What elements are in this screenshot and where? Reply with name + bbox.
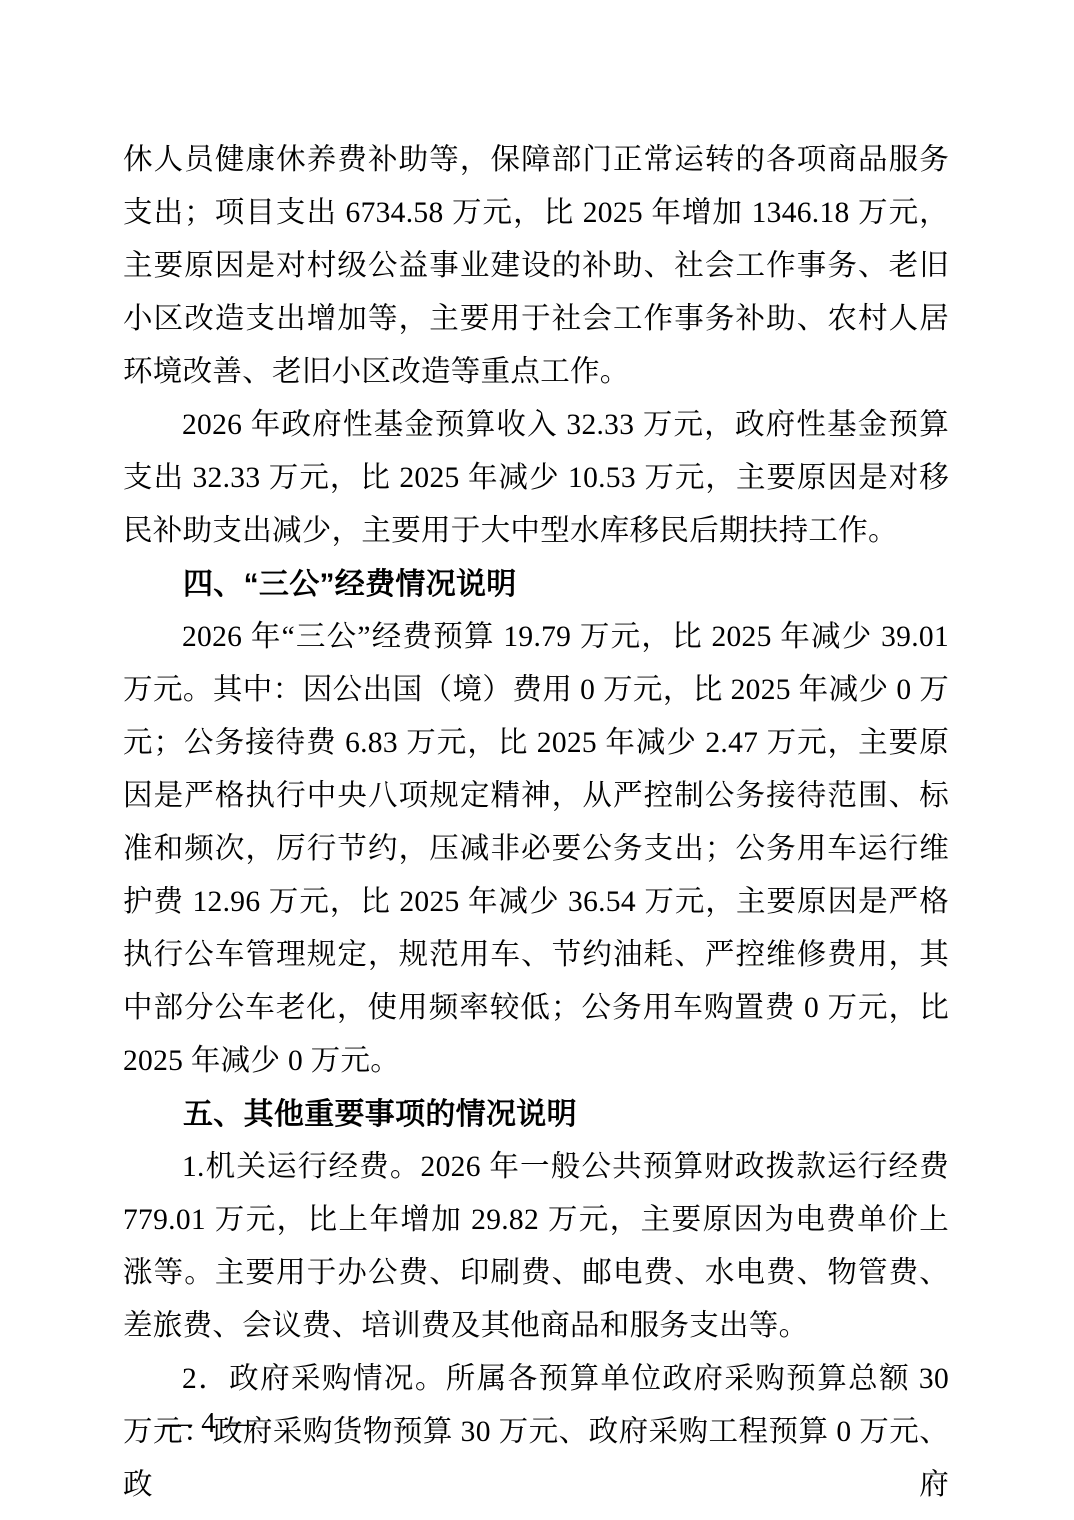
heading-section-four-three-public-expenses: 四、“三公”经费情况说明 [123, 558, 949, 611]
page-number: — 4 — [163, 1403, 255, 1443]
paragraph-three-public-expenses: 2026 年“三公”经费预算 19.79 万元，比 2025 年减少 39.01… [123, 611, 949, 1088]
paragraph-government-fund-budget: 2026 年政府性基金预算收入 32.33 万元，政府性基金预算支出 32.33… [123, 399, 949, 558]
document-body: 休人员健康休养费补助等，保障部门正常运转的各项商品服务支出；项目支出 6734.… [123, 134, 949, 1512]
paragraph-agency-operating-costs: 1.机关运行经费。2026 年一般公共预算财政拨款运行经费 779.01 万元，… [123, 1141, 949, 1353]
heading-section-five-other-important-matters: 五、其他重要事项的情况说明 [123, 1088, 949, 1141]
paragraph-subsidy-continuation: 休人员健康休养费补助等，保障部门正常运转的各项商品服务支出；项目支出 6734.… [123, 134, 949, 399]
document-page: 休人员健康休养费补助等，保障部门正常运转的各项商品服务支出；项目支出 6734.… [0, 0, 1074, 1520]
